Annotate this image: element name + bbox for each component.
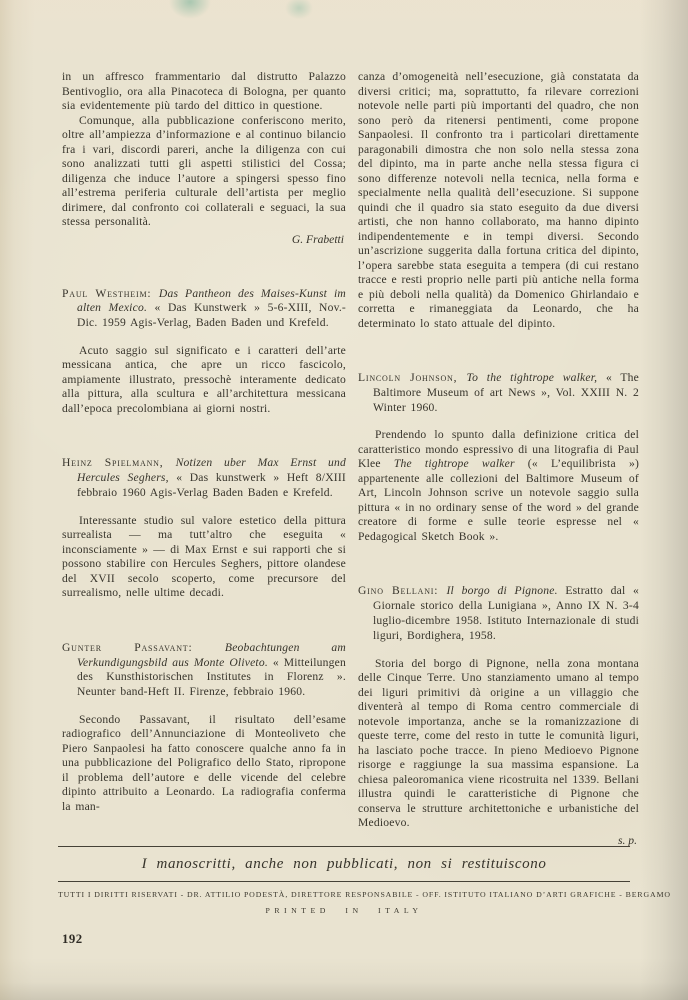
review-text-italic-title: The tightrope walker — [394, 457, 515, 470]
entry-heading: Gunter Passavant: Beobachtungen am Verku… — [62, 641, 346, 700]
entry-review-text: Storia del borgo di Pignone, nella zona … — [358, 657, 639, 831]
reviewer-signature: G. Frabetti — [62, 232, 344, 247]
entry-author: Gino Bellani: — [358, 584, 446, 597]
entry-review-text: Acuto saggio sul significato e i caratte… — [62, 344, 346, 417]
entry-review-text: Secondo Passavant, il risultato dell’esa… — [62, 713, 346, 815]
entry-title: To the tightrope walker, — [467, 371, 606, 384]
continuation-paragraph: canza d’omogeneità nell’esecuzione, già … — [358, 70, 639, 331]
review-paragraph: Comunque, alla pubblicazione conferiscon… — [62, 114, 346, 230]
rights-colophon-line: TUTTI I DIRITTI RISERVATI - DR. ATTILIO … — [58, 890, 630, 900]
continuation-paragraph: in un affresco frammentario dal distrutt… — [62, 70, 346, 114]
entry-title: Il borgo di Pignone. — [446, 584, 565, 597]
page-footer: I manoscritti, anche non pubblicati, non… — [58, 846, 630, 916]
entry-review-text: Interessante studio sul valore estetico … — [62, 514, 346, 601]
bibliography-entry-johnson: Lincoln Johnson, To the tightrope walker… — [358, 371, 639, 544]
entry-heading: Paul Westheim: Das Pantheon des Maises-K… — [62, 287, 346, 331]
entry-heading: Gino Bellani: Il borgo di Pignone. Estra… — [358, 584, 639, 643]
manuscripts-notice: I manoscritti, anche non pubblicati, non… — [58, 854, 630, 874]
entry-author: Gunter Passavant: — [62, 641, 225, 654]
entry-author: Paul Westheim: — [62, 287, 159, 300]
left-column: in un affresco frammentario dal distrutt… — [62, 70, 346, 814]
printed-in-italy-line: PRINTED IN ITALY — [58, 906, 630, 916]
entry-heading: Heinz Spielmann, Notizen uber Max Ernst … — [62, 456, 346, 500]
divider-rule-bottom — [58, 881, 630, 882]
page-number: 192 — [62, 932, 83, 947]
divider-rule-top — [58, 846, 630, 847]
entry-author: Heinz Spielmann, — [62, 456, 176, 469]
bibliography-entry-westheim: Paul Westheim: Das Pantheon des Maises-K… — [62, 287, 346, 417]
entry-author: Lincoln Johnson, — [358, 371, 467, 384]
bibliography-entry-spielmann: Heinz Spielmann, Notizen uber Max Ernst … — [62, 456, 346, 600]
entry-heading: Lincoln Johnson, To the tightrope walker… — [358, 371, 639, 415]
right-column: canza d’omogeneità nell’esecuzione, già … — [358, 70, 639, 848]
bibliography-entry-passavant: Gunter Passavant: Beobachtungen am Verku… — [62, 641, 346, 815]
bibliography-entry-bellani: Gino Bellani: Il borgo di Pignone. Estra… — [358, 584, 639, 830]
scanned-journal-page: in un affresco frammentario dal distrutt… — [0, 0, 688, 1000]
entry-review-text: Prendendo lo spunto dalla definizione cr… — [358, 428, 639, 544]
